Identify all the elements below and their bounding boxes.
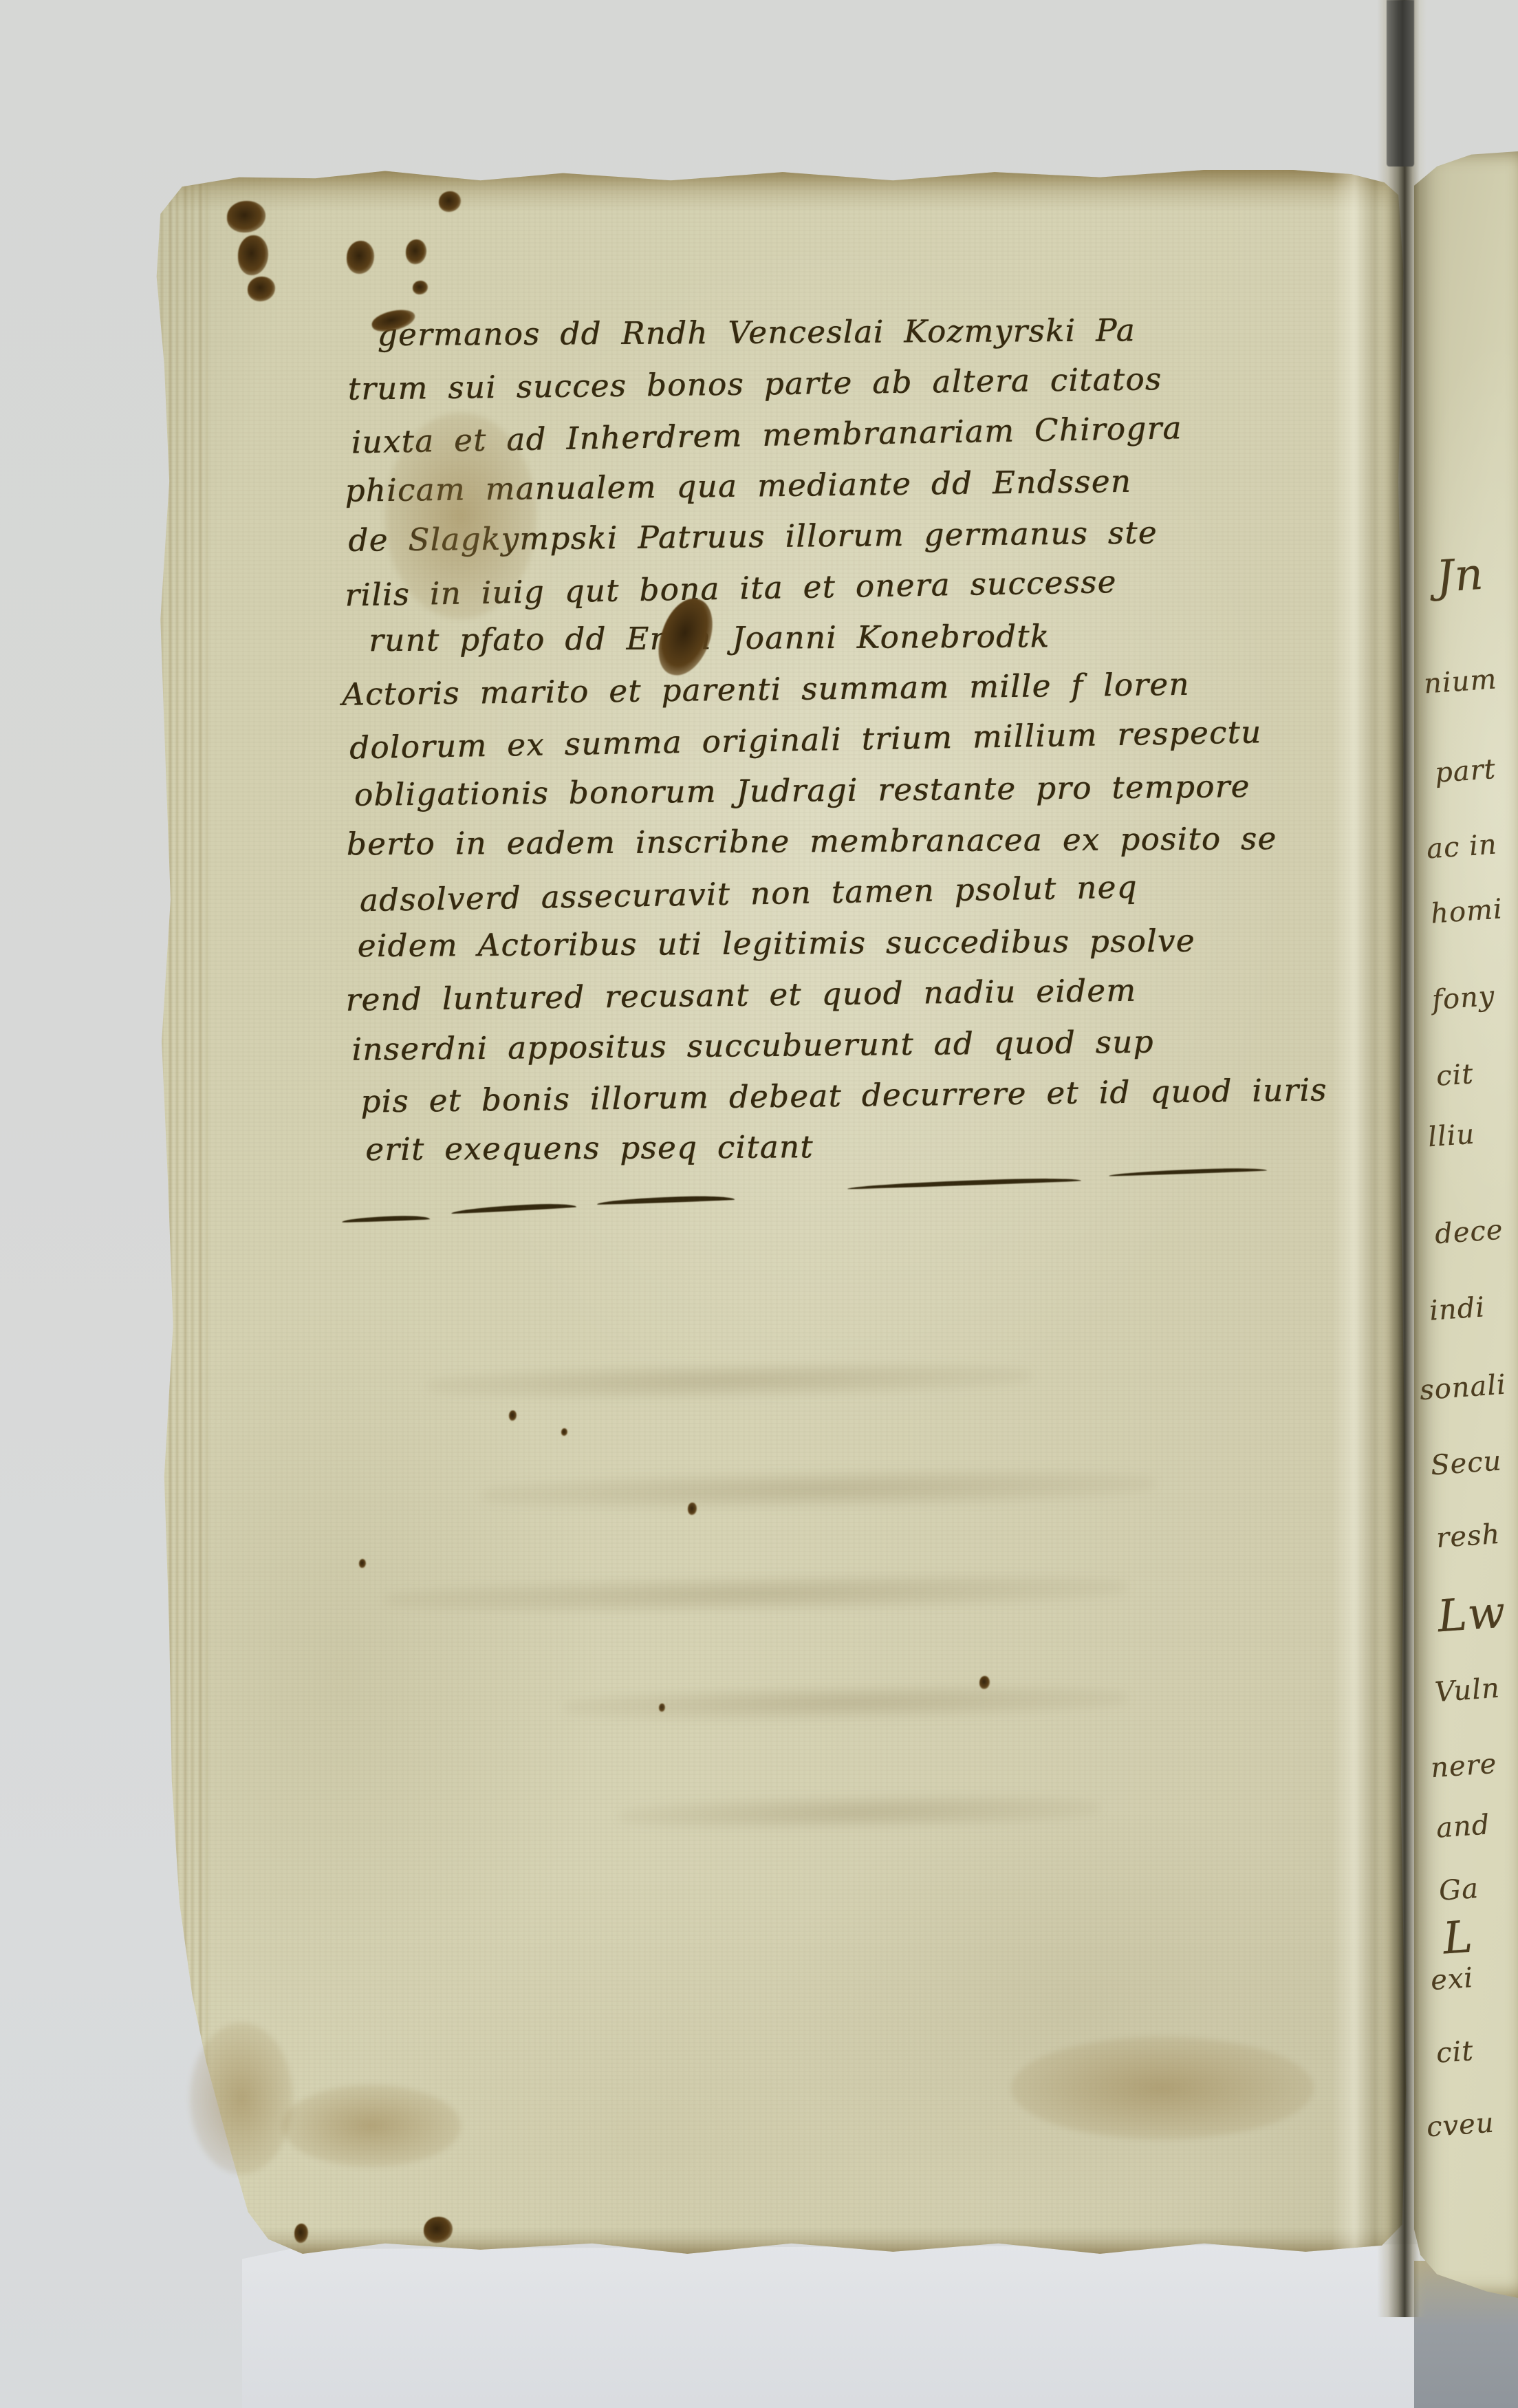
page-fragment: Lw — [1436, 1587, 1508, 1643]
page-fragment: L — [1441, 1912, 1475, 1965]
page-fragment: ac in — [1426, 828, 1498, 865]
page-fragment: Vuln — [1434, 1673, 1501, 1708]
page-fragment: part — [1434, 753, 1497, 789]
foxing-stain — [282, 2085, 461, 2167]
page-fragment: cit — [1435, 2035, 1474, 2070]
text-line: pis et bonis illorum debeat decurrere et… — [347, 1064, 1343, 1128]
deckled-left-edge — [154, 168, 208, 2258]
page-fragment: resh — [1435, 1518, 1501, 1554]
backing-sheet — [242, 2244, 1420, 2408]
page-fragment: homi — [1430, 893, 1504, 929]
text-line: germanos dd Rndh Venceslai Kozmyrski Pa — [338, 304, 1334, 361]
page-fragment: nium — [1423, 663, 1498, 700]
text-line: obligationis bonorum Judragi restante pr… — [343, 760, 1340, 821]
foxing-stain — [385, 413, 536, 619]
text-line: erit exequens pseq citant — [347, 1119, 1343, 1176]
page-fragment: and — [1435, 1809, 1490, 1844]
text-line: inserdni appositus succubuerunt ad quod … — [346, 1015, 1343, 1075]
page-fragment: lliu — [1427, 1119, 1475, 1154]
fold-highlight — [1332, 168, 1383, 2258]
stained-top-edge — [138, 168, 1407, 211]
page-fragment: nere — [1430, 1748, 1498, 1785]
page-fragment: fony — [1431, 980, 1496, 1016]
gutter-shadow — [1377, 0, 1427, 2317]
page-fragment: cit — [1435, 1058, 1474, 1093]
page-fragment: Jn — [1435, 549, 1486, 603]
page-fragment: indi — [1428, 1291, 1486, 1327]
page-fragment: Secu — [1430, 1445, 1503, 1481]
page-fragment: sonali — [1419, 1369, 1508, 1407]
page-fragment: dece — [1434, 1214, 1504, 1251]
page-fragment: cveu — [1426, 2107, 1495, 2144]
foxing-stain — [1011, 2036, 1314, 2140]
page-fragment: exi — [1429, 1962, 1474, 1997]
page-fragment: Ga — [1438, 1873, 1479, 1907]
foxing-stain — [190, 2023, 293, 2174]
binding-rod — [1387, 0, 1414, 166]
text-line: eidem Actoribus uti legitimis succedibus… — [345, 915, 1341, 972]
text-line: runt pfato dd Endh Joanni Konebrodtk — [341, 610, 1337, 667]
